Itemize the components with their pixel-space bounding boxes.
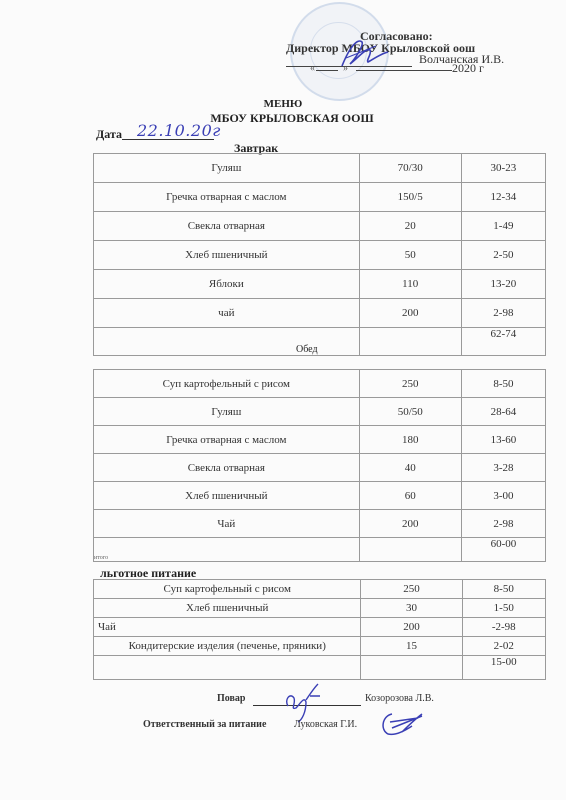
dish-name: Гуляш	[94, 398, 360, 426]
dish-weight: 200	[359, 299, 461, 328]
approval-day-line	[316, 70, 338, 71]
dish-name: Гречка отварная с маслом	[94, 183, 360, 212]
dish-name: Кондитерские изделия (печенье, пряники)	[94, 637, 361, 656]
approval-year: 2020 г	[452, 61, 484, 76]
total-price: 15-00	[462, 656, 545, 680]
responsible-signature-icon	[378, 708, 426, 740]
dish-weight: 150/5	[359, 183, 461, 212]
dish-weight: 250	[361, 580, 462, 599]
cook-signature-icon	[280, 682, 330, 724]
dish-weight: 50/50	[359, 398, 461, 426]
dish-weight: 50	[359, 241, 461, 270]
table-row: Суп картофельный с рисом2508-50	[94, 370, 546, 398]
table-total-row: 15-00	[94, 656, 546, 680]
dish-name: Свекла отварная	[94, 212, 360, 241]
dish-price: 13-60	[461, 426, 545, 454]
dish-name: Чай	[94, 618, 361, 637]
dish-name: Гуляш	[94, 154, 360, 183]
table-row: Гречка отварная с маслом18013-60	[94, 426, 546, 454]
director-signature-icon	[336, 36, 392, 70]
table-row: Хлеб пшеничный603-00	[94, 482, 546, 510]
table-row: Гуляш70/3030-23	[94, 154, 546, 183]
total-label: итого	[94, 538, 360, 562]
dish-weight: 180	[359, 426, 461, 454]
dish-price: 13-20	[461, 270, 545, 299]
date-value: 22.10.20г	[137, 121, 221, 140]
dish-weight: 60	[359, 482, 461, 510]
table-row: Гуляш50/5028-64	[94, 398, 546, 426]
total-price: 62-74	[461, 328, 545, 356]
dish-weight: 70/30	[359, 154, 461, 183]
dish-name: Суп картофельный с рисом	[94, 370, 360, 398]
dish-price: 1-50	[462, 599, 545, 618]
dish-price: 1-49	[461, 212, 545, 241]
dish-price: 2-50	[461, 241, 545, 270]
approval-month-line	[356, 70, 452, 71]
table-row: Яблоки11013-20	[94, 270, 546, 299]
dish-price: 2-98	[461, 299, 545, 328]
dish-price: 28-64	[461, 398, 545, 426]
dish-name: Яблоки	[94, 270, 360, 299]
dish-name: Хлеб пшеничный	[94, 599, 361, 618]
dish-weight: 110	[359, 270, 461, 299]
table-row: Хлеб пшеничный301-50	[94, 599, 546, 618]
document-title: МЕНЮ	[0, 98, 566, 110]
dish-price: 3-28	[461, 454, 545, 482]
table-row: Суп картофельный с рисом2508-50	[94, 580, 546, 599]
dish-name: Свекла отварная	[94, 454, 360, 482]
cook-name: Козорозова Л.В.	[365, 693, 434, 704]
dish-price: -2-98	[462, 618, 545, 637]
dish-price: 8-50	[462, 580, 545, 599]
date-label: Дата	[96, 127, 122, 142]
dish-price: 3-00	[461, 482, 545, 510]
dish-name: Суп картофельный с рисом	[94, 580, 361, 599]
cook-label: Повар	[217, 693, 246, 704]
total-label	[94, 328, 360, 356]
responsible-label: Ответственный за питание	[143, 719, 266, 730]
dish-weight: 200	[361, 618, 462, 637]
table-total-row: итого60-00	[94, 538, 546, 562]
lunch-table: Суп картофельный с рисом2508-50Гуляш50/5…	[93, 369, 546, 562]
table-row: Хлеб пшеничный502-50	[94, 241, 546, 270]
table-row: Кондитерские изделия (печенье, пряники)1…	[94, 637, 546, 656]
table-row: Свекла отварная201-49	[94, 212, 546, 241]
total-weight	[359, 328, 461, 356]
dish-name: Чай	[94, 510, 360, 538]
breakfast-table: Гуляш70/3030-23Гречка отварная с маслом1…	[93, 153, 546, 356]
dish-price: 2-98	[461, 510, 545, 538]
dish-name: Гречка отварная с маслом	[94, 426, 360, 454]
dish-price: 12-34	[461, 183, 545, 212]
dish-weight: 250	[359, 370, 461, 398]
table-row: Чай200-2-98	[94, 618, 546, 637]
dish-weight: 30	[361, 599, 462, 618]
document-subtitle: МБОУ КРЫЛОВСКАЯ ООШ	[0, 111, 566, 126]
dish-price: 8-50	[461, 370, 545, 398]
dish-weight: 15	[361, 637, 462, 656]
date-quote-open: «	[310, 63, 315, 74]
total-weight	[359, 538, 461, 562]
table-row: чай2002-98	[94, 299, 546, 328]
table-row: Гречка отварная с маслом150/512-34	[94, 183, 546, 212]
dish-weight: 40	[359, 454, 461, 482]
table-row: Чай2002-98	[94, 510, 546, 538]
lunch-heading: Обед	[296, 344, 318, 355]
dish-weight: 200	[359, 510, 461, 538]
dish-name: чай	[94, 299, 360, 328]
table-row: Свекла отварная403-28	[94, 454, 546, 482]
dish-price: 2-02	[462, 637, 545, 656]
dish-name: Хлеб пшеничный	[94, 482, 360, 510]
dish-price: 30-23	[461, 154, 545, 183]
total-price: 60-00	[461, 538, 545, 562]
subsidized-table: Суп картофельный с рисом2508-50Хлеб пшен…	[93, 579, 546, 680]
total-weight	[361, 656, 462, 680]
dish-name: Хлеб пшеничный	[94, 241, 360, 270]
table-total-row: 62-74	[94, 328, 546, 356]
responsible-name: Луковская Г.И.	[294, 719, 357, 730]
total-label	[94, 656, 361, 680]
dish-weight: 20	[359, 212, 461, 241]
